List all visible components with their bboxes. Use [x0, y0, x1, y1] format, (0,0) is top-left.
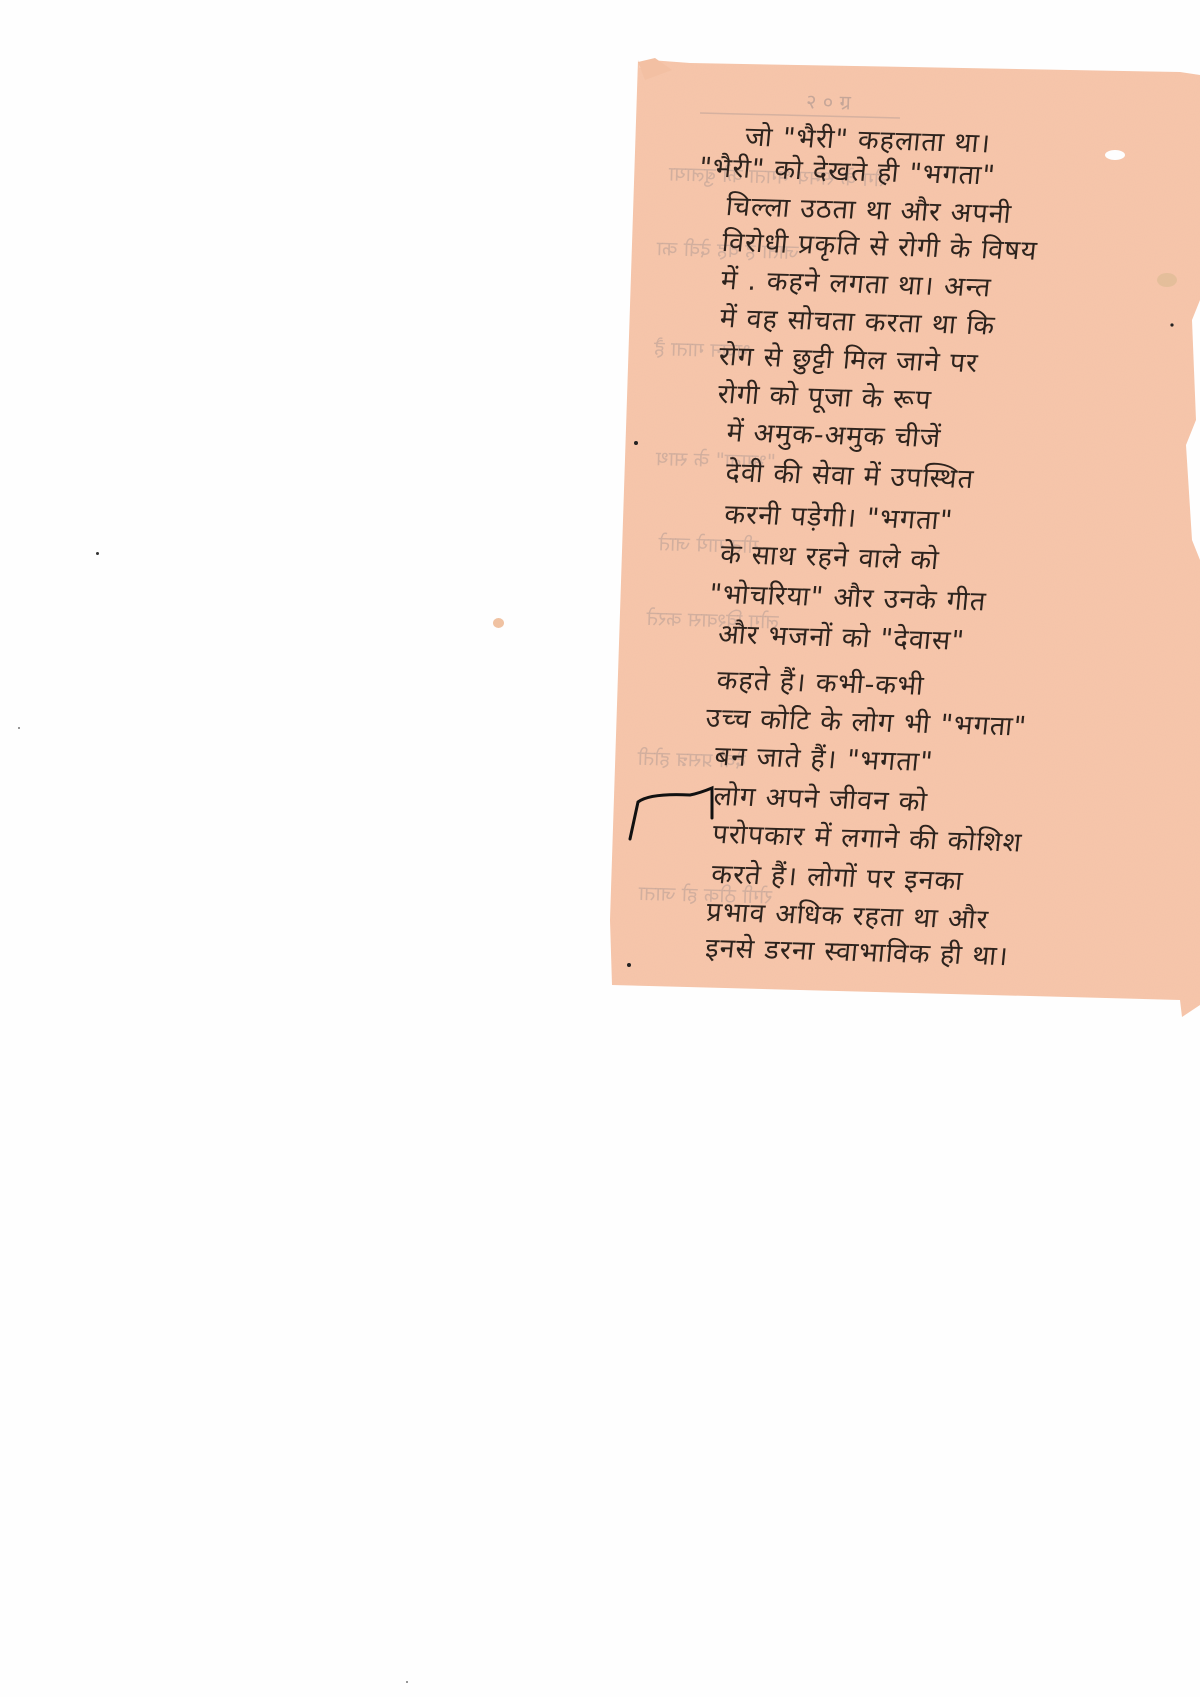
manuscript-line: "भोचरिया" और उनके गीत: [708, 581, 988, 616]
manuscript-line: चिल्ला उठता था और अपनी: [725, 193, 1013, 228]
manuscript-line: के साथ रहने वाले को: [719, 541, 941, 574]
manuscript-line: परोपकार में लगाने की कोशिश: [711, 821, 1023, 857]
manuscript-line: बन जाते हैं। "भगता": [713, 743, 934, 776]
page-header-mark: २ ० ग्र: [806, 87, 852, 115]
manuscript-line: उच्च कोटि के लोग भी "भगता": [705, 705, 1029, 741]
manuscript-line: प्रभाव अधिक रहता था और: [705, 899, 990, 934]
handwriting-layer: २ ० ग्र रोग के समय भगता को बुलाया जाता ह…: [0, 0, 1200, 1697]
manuscript-line: "भैरी" को देखते ही "भगता": [698, 154, 997, 189]
manuscript-line: इनसे डरना स्वाभाविक ही था।: [704, 935, 1010, 970]
manuscript-line: में . कहने लगता था। अन्त: [720, 267, 993, 301]
manuscript-line: रोग से छुट्टी मिल जाने पर: [718, 343, 980, 377]
manuscript-line: में अमुक-अमुक चीजें: [725, 419, 942, 452]
manuscript-line: करनी पड़ेगी। "भगता": [723, 501, 954, 534]
manuscript-line: और भजनों को "देवास": [717, 621, 966, 655]
manuscript-line: कहते हैं। कभी-कभी: [716, 667, 926, 700]
manuscript-line: लोग अपने जीवन को: [712, 783, 929, 816]
manuscript-line: रोगी को पूजा के रूप: [717, 381, 933, 414]
manuscript-line: देवी की सेवा में उपस्थित: [724, 459, 975, 493]
manuscript-line: में वह सोचता करता था कि: [719, 305, 997, 340]
manuscript-line: करते हैं। लोगों पर इनका: [710, 861, 964, 895]
manuscript-line: जो "भैरी" कहलाता था।: [744, 124, 992, 158]
